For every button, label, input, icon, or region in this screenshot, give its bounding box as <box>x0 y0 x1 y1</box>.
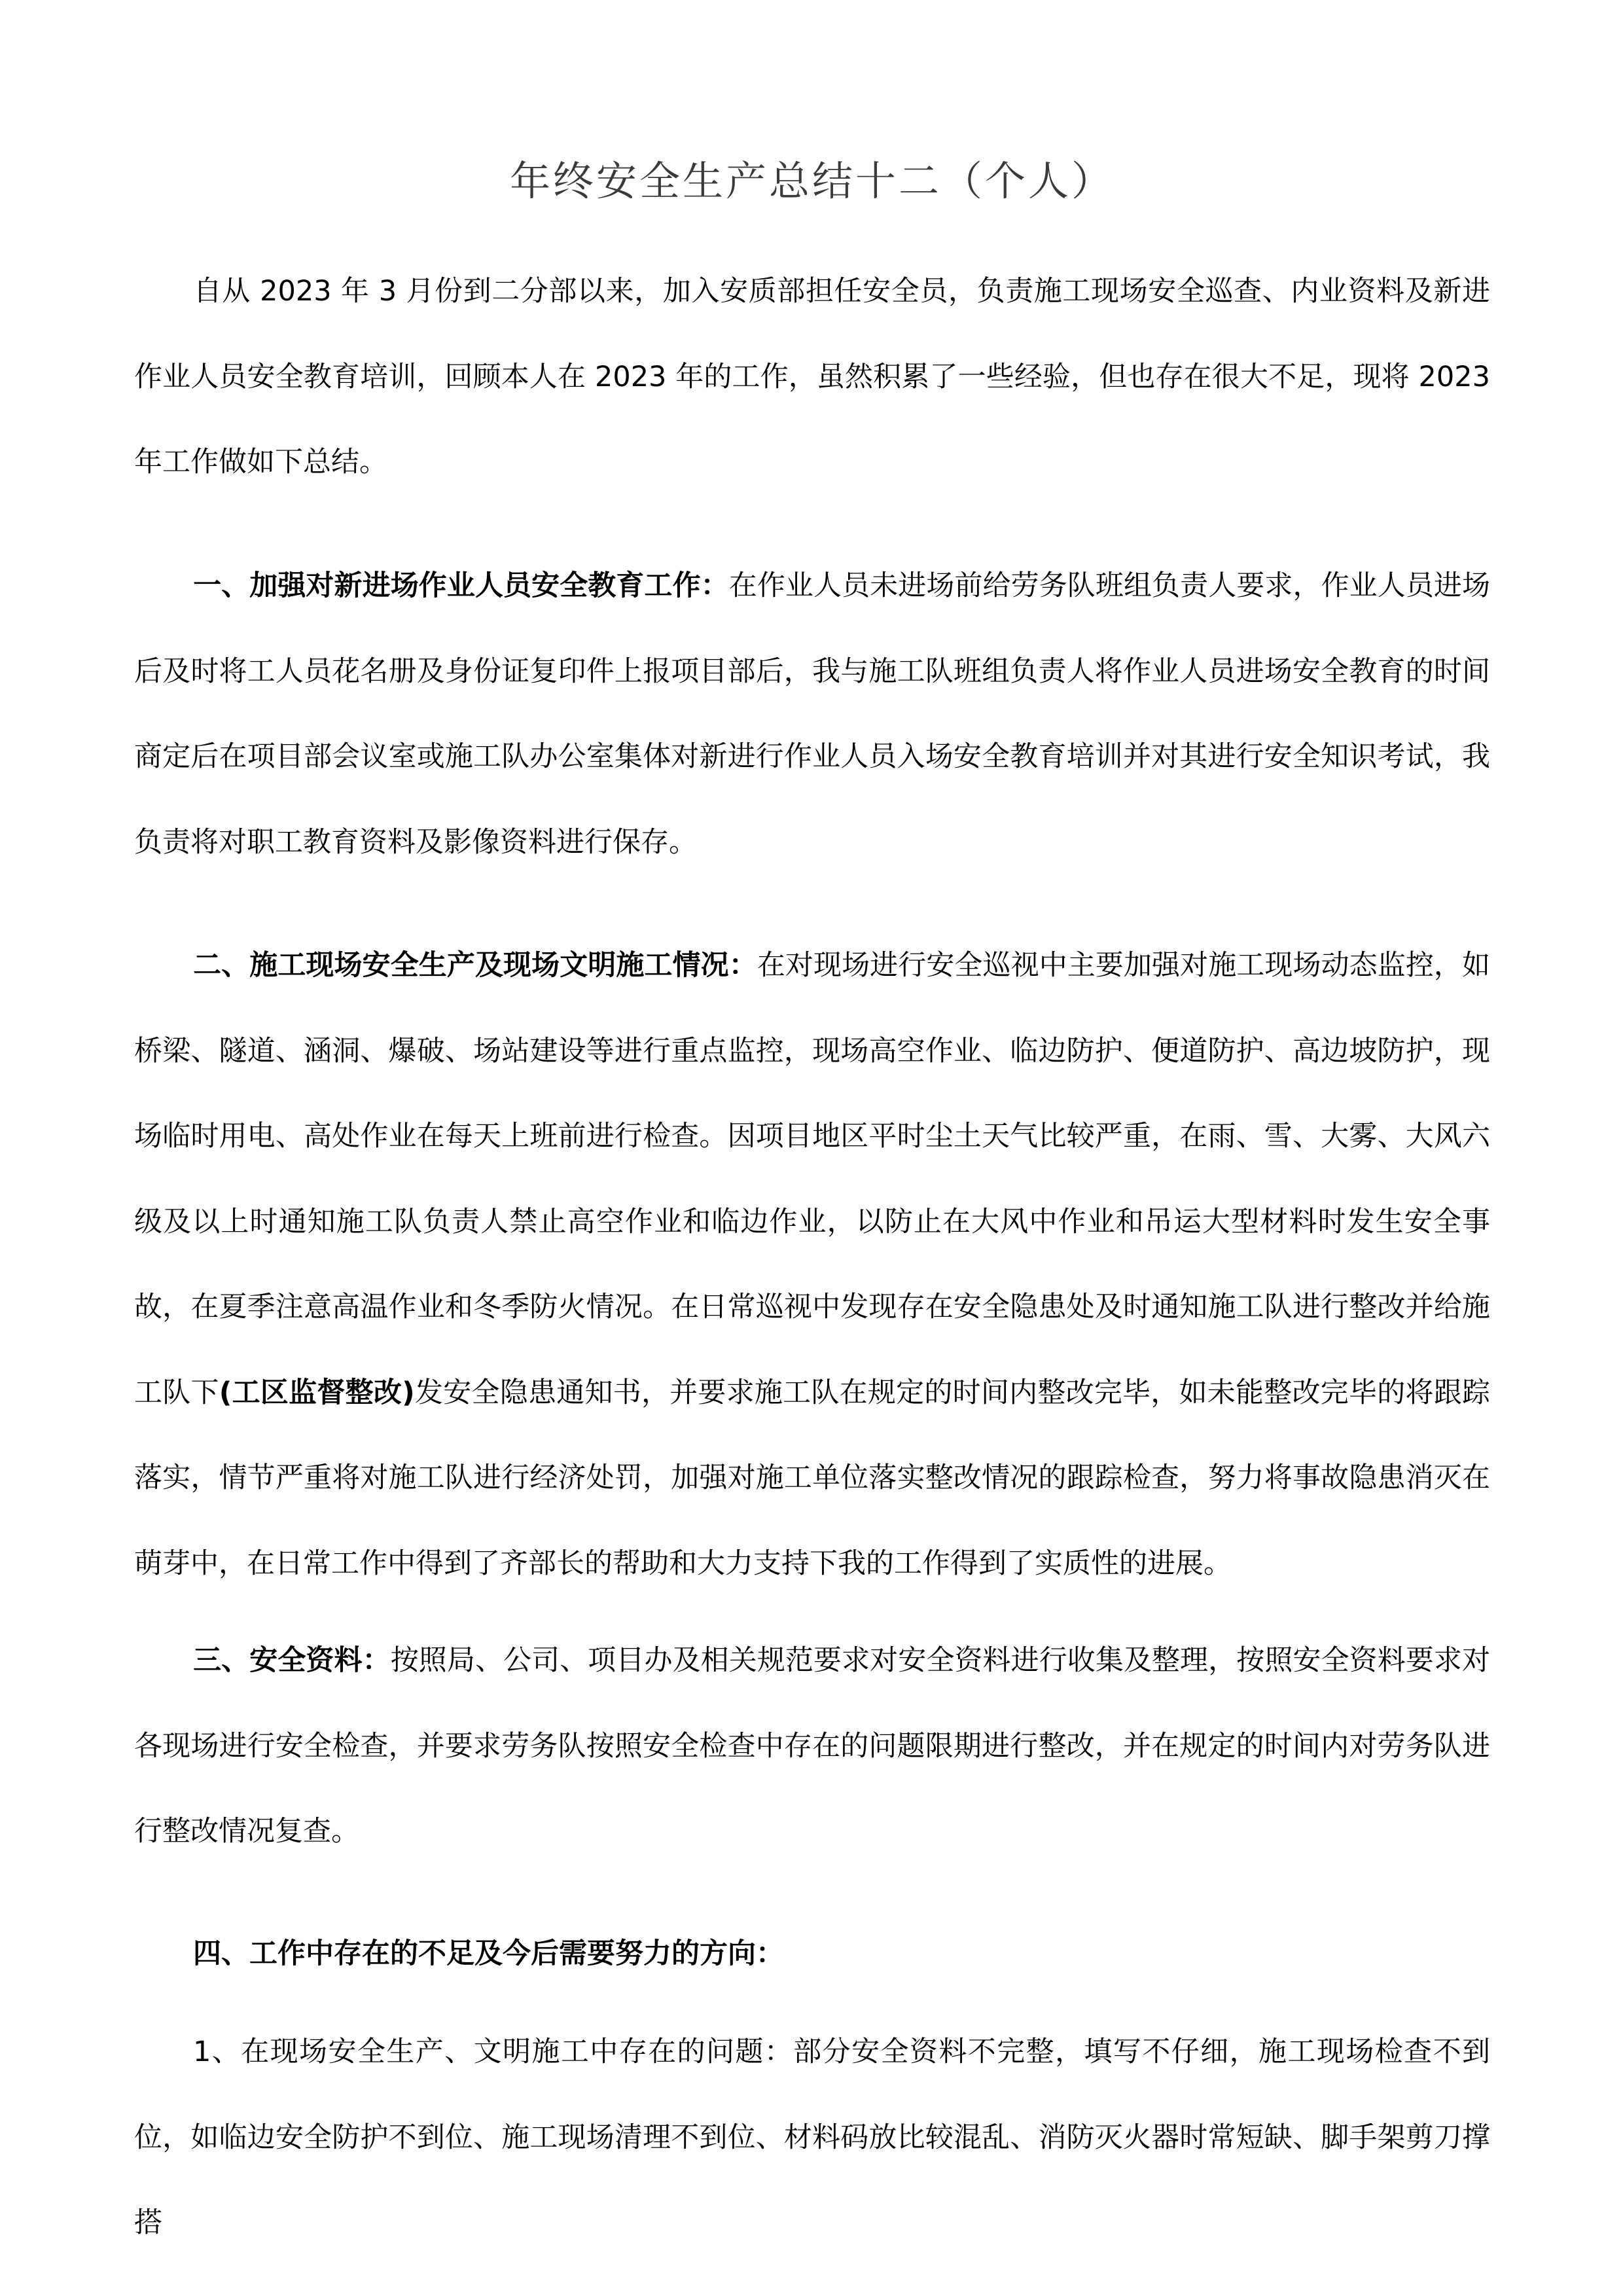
section-3-paragraph: 三、安全资料：按照局、公司、项目办及相关规范要求对安全资料进行收集及整理，按照安… <box>134 1618 1490 1874</box>
section-4-heading: 四、工作中存在的不足及今后需要努力的方向： <box>193 1937 784 1970</box>
item-1-paragraph: 1、在现场安全生产、文明施工中存在的问题：部分安全资料不完整，填写不仔细，施工现… <box>134 2009 1490 2266</box>
section-4-paragraph: 四、工作中存在的不足及今后需要努力的方向： <box>134 1911 1490 1997</box>
section-1-body: 在作业人员未进场前给劳务队班组负责人要求，作业人员进场后及时将工人员花名册及身份… <box>134 569 1490 859</box>
item-1-text: 1、在现场安全生产、文明施工中存在的问题：部分安全资料不完整，填写不仔细，施工现… <box>134 2036 1490 2239</box>
document-title: 年终安全生产总结十二（个人） <box>134 152 1490 211</box>
section-2-paragraph: 二、施工现场安全生产及现场文明施工情况：在对现场进行安全巡视中主要加强对施工现场… <box>134 923 1490 1606</box>
intro-text: 自从 2023 年 3 月份到二分部以来，加入安质部担任安全员，负责施工现场安全… <box>134 275 1490 478</box>
section-3-heading: 三、安全资料： <box>193 1644 391 1677</box>
section-2-heading: 二、施工现场安全生产及现场文明施工情况： <box>193 949 757 982</box>
section-2-inline-bold: (工区监督整改) <box>219 1376 415 1409</box>
section-1-paragraph: 一、加强对新进场作业人员安全教育工作：在作业人员未进场前给劳务队班组负责人要求，… <box>134 543 1490 885</box>
section-1-heading: 一、加强对新进场作业人员安全教育工作： <box>193 569 729 602</box>
intro-paragraph: 自从 2023 年 3 月份到二分部以来，加入安质部担任安全员，负责施工现场安全… <box>134 249 1490 505</box>
section-2-body-part1: 在对现场进行安全巡视中主要加强对施工现场动态监控，如桥梁、隧道、涵洞、爆破、场站… <box>134 949 1490 1409</box>
